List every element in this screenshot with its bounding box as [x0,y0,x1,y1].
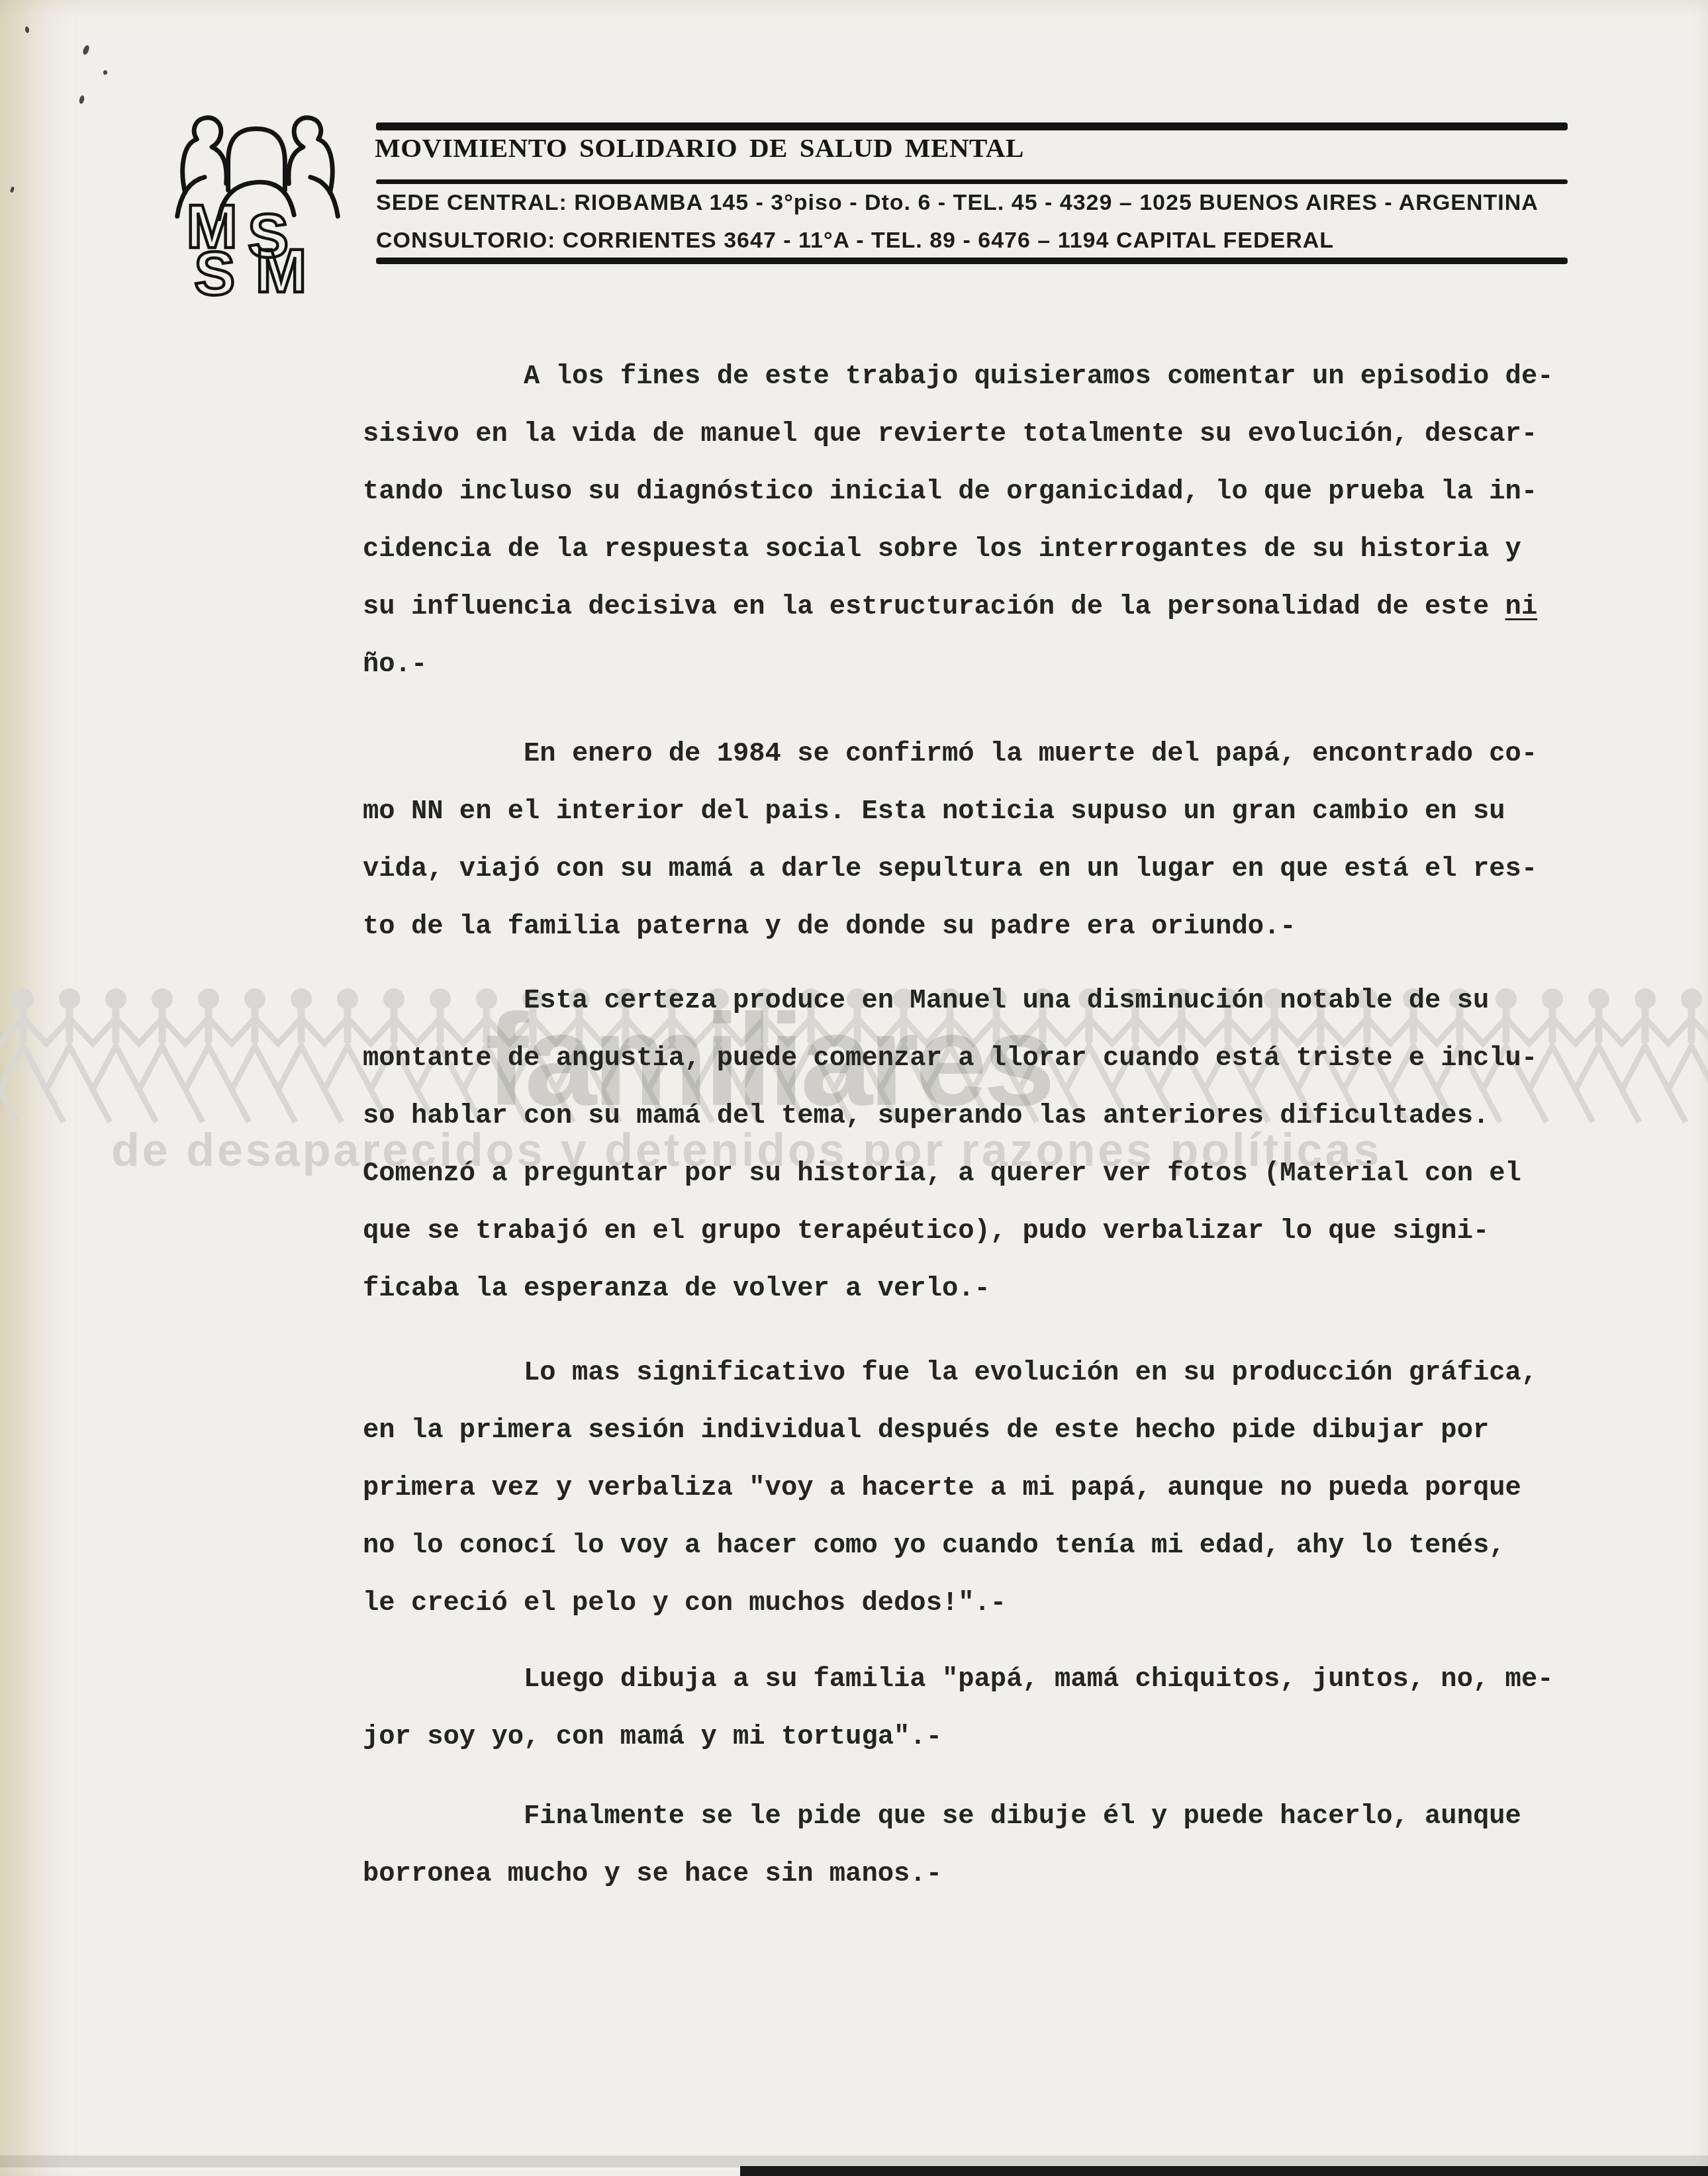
scan-speck [79,95,85,104]
paragraph: Finalmente se le pide que se dibuje él y… [363,1788,1594,1903]
letterhead-rule-bottom [376,258,1568,264]
text-line: so hablar con su mamá del tema, superand… [363,1088,1594,1145]
text-line: primera vez y verbaliza "voy a hacerte a… [363,1460,1594,1517]
text-line: to de la familia paterna y de donde su p… [363,898,1594,956]
letterhead-rule-top [376,122,1568,130]
text-line: jor soy yo, con mamá y mi tortuga".- [363,1709,1594,1766]
logo-letter: M [256,236,307,298]
text-line: Luego dibuja a su familia "papá, mamá ch… [363,1651,1594,1709]
text-line: Comenzó a preguntar por su historia, a q… [363,1145,1594,1203]
text-line: tando incluso su diagnóstico inicial de … [363,463,1594,521]
mssm-logo-icon: M S S M [163,106,352,298]
text-line: cidencia de la respuesta social sobre lo… [363,521,1594,579]
text-line: En enero de 1984 se confirmó la muerte d… [363,726,1594,783]
text-line: Esta certeza produce en Manuel una dismi… [363,972,1594,1030]
address-sede-central: SEDE CENTRAL: RIOBAMBA 145 - 3°piso - Dt… [376,190,1539,216]
text-line: mo NN en el interior del pais. Esta noti… [363,783,1594,841]
scan-speck [103,70,107,75]
text-line: montante de angustia, puede comenzar a l… [363,1030,1594,1088]
text-line: ficaba la esperanza de volver a verlo.- [363,1260,1594,1318]
scan-bottom-bar [740,2166,1708,2176]
text-line: no lo conocí lo voy a hacer como yo cuan… [363,1517,1594,1575]
scan-speck [24,26,30,34]
text-line: A los fines de este trabajo quisieramos … [363,348,1594,406]
paragraph: A los fines de este trabajo quisieramos … [363,348,1594,694]
text-line: Finalmente se le pide que se dibuje él y… [363,1788,1594,1846]
paragraph: Esta certeza produce en Manuel una dismi… [363,972,1594,1318]
scan-speck [10,186,15,193]
paragraph: En enero de 1984 se confirmó la muerte d… [363,726,1594,956]
scanned-document-page: M S S M MOVIMIENTO SOLIDARIO DE SALUD ME… [0,0,1708,2176]
text-line: Lo mas significativo fue la evolución en… [363,1345,1594,1402]
address-consultorio: CONSULTORIO: CORRIENTES 3647 - 11°A - TE… [376,228,1334,254]
letterhead-rule-middle [376,179,1568,184]
text-line: su influencia decisiva en la estructurac… [363,579,1594,636]
paragraph: Lo mas significativo fue la evolución en… [363,1345,1594,1632]
text-line: ño.- [363,636,1594,694]
organization-name: MOVIMIENTO SOLIDARIO DE SALUD MENTAL [375,132,1024,164]
paragraph: Luego dibuja a su familia "papá, mamá ch… [363,1651,1594,1766]
text-line: le creció el pelo y con muchos dedos!".- [363,1575,1594,1632]
logo-letter: S [194,239,235,298]
typewritten-body: A los fines de este trabajo quisieramos … [363,348,1594,1903]
text-line: en la primera sesión individual después … [363,1402,1594,1460]
text-line: que se trabajó en el grupo terapéutico),… [363,1203,1594,1260]
scan-speck [81,44,90,56]
text-line: borronea mucho y se hace sin manos.- [363,1846,1594,1903]
text-line: vida, viajó con su mamá a darle sepultur… [363,841,1594,898]
text-line: sisivo en la vida de manuel que revierte… [363,406,1594,463]
